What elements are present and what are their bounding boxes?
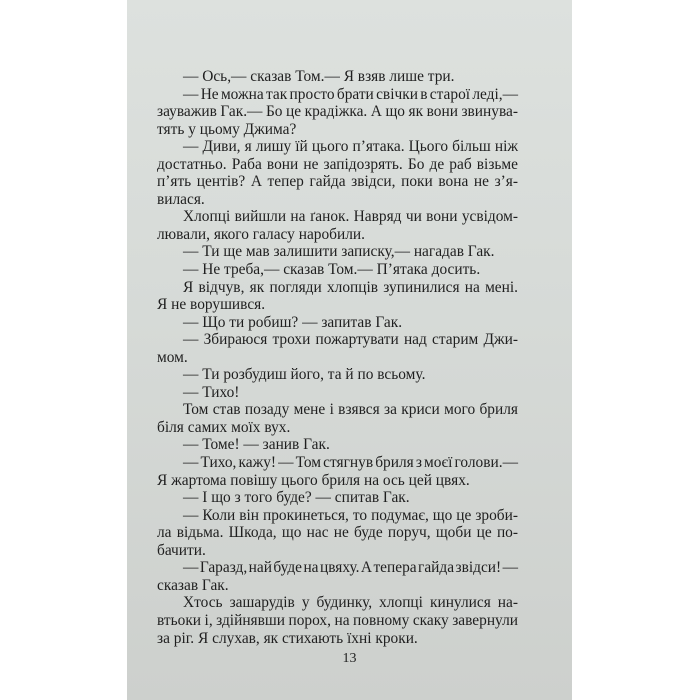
text-line: Хтось зашарудів у будинку, хлопці кинули… [157, 594, 518, 612]
text-line: за ріг. Я слухав, як стихають їхні кроки… [157, 630, 518, 648]
text-line: Хлопці вийшли на ґанок. Навряд чи вони у… [157, 208, 518, 226]
text-line: лювали, якого галасу наробили. [157, 226, 518, 244]
text-line: Я відчув, як погляди хлопців зупинилися … [157, 279, 518, 297]
body-text: — Ось,— сказав Том.— Я взяв лише три.— Н… [157, 68, 518, 647]
text-line-content: — Коли він прокинеться, то подумає, що ц… [183, 507, 518, 524]
text-line: п’ять центів? А тепер гайда звідси, поки… [157, 173, 518, 191]
text-line: — Тихо! [157, 384, 518, 402]
text-line: тять у цьому Джима? [157, 121, 518, 139]
text-line: сказав Гак. [157, 577, 518, 595]
text-line-content: зауважив Гак.— Бо це крадіжка. А що як в… [157, 103, 518, 120]
text-line-content: — Збираюся трохи пожартувати над старим … [183, 331, 518, 348]
text-line: — Гаразд, най буде на цвяху. А тепера га… [157, 559, 518, 577]
text-line: достатньо. Раба вони не запідозрять. Бо … [157, 156, 518, 174]
text-line: — Ти розбудиш його, та й по всьому. [157, 366, 518, 384]
text-line: бачити. [157, 542, 518, 560]
text-line-content: — Диви, я лишу їй цього п’ятака. Цього б… [183, 138, 518, 155]
book-page: — Ось,— сказав Том.— Я взяв лише три.— Н… [127, 0, 572, 700]
text-line: Я жартома повішу цього бриля на ось цей … [157, 472, 518, 490]
text-line: — Ти ще мав залишити записку,— нагадав Г… [157, 243, 518, 261]
text-line: — Збираюся трохи пожартувати над старим … [157, 331, 518, 349]
text-line: — Що ти робиш? — запитав Гак. [157, 314, 518, 332]
text-line-content: — Не можна так просто брати свічки в ста… [183, 86, 518, 103]
text-line-content: Хтось зашарудів у будинку, хлопці кинули… [183, 594, 518, 611]
text-line: ла відьма. Шкода, що нас не буде поруч, … [157, 524, 518, 542]
text-line-content: втьоки і, здійнявши порох, на повному ск… [157, 612, 518, 629]
text-line-content: Том став позаду мене і взявся за криси м… [183, 401, 518, 418]
text-line: — Не треба,— сказав Том.— П’ятака досить… [157, 261, 518, 279]
text-line-content: — Тихо, кажу! — Том стягнув бриля з моєї… [183, 454, 518, 471]
text-line: втьоки і, здійнявши порох, на повному ск… [157, 612, 518, 630]
page-number: 13 [127, 651, 572, 667]
text-line-content: ла відьма. Шкода, що нас не буде поруч, … [157, 524, 518, 541]
text-line-content: п’ять центів? А тепер гайда звідси, поки… [157, 173, 518, 190]
text-line: — Коли він прокинеться, то подумає, що ц… [157, 507, 518, 525]
text-line-content: Я відчув, як погляди хлопців зупинилися … [183, 279, 518, 296]
text-line: зауважив Гак.— Бо це крадіжка. А що як в… [157, 103, 518, 121]
text-line: — Диви, я лишу їй цього п’ятака. Цього б… [157, 138, 518, 156]
text-line: мом. [157, 349, 518, 367]
text-line-content: — Гаразд, най буде на цвяху. А тепера га… [183, 559, 518, 576]
text-line: — Томе! — занив Гак. [157, 436, 518, 454]
text-line: — Тихо, кажу! — Том стягнув бриля з моєї… [157, 454, 518, 472]
text-line-content: Хлопці вийшли на ґанок. Навряд чи вони у… [183, 208, 518, 225]
text-line: вилася. [157, 191, 518, 209]
text-line: — Ось,— сказав Том.— Я взяв лише три. [157, 68, 518, 86]
text-line: — Не можна так просто брати свічки в ста… [157, 86, 518, 104]
text-line: біля самих моїх вух. [157, 419, 518, 437]
text-line-content: достатньо. Раба вони не запідозрять. Бо … [157, 156, 518, 173]
text-line: Том став позаду мене і взявся за криси м… [157, 401, 518, 419]
text-line: Я не ворушився. [157, 296, 518, 314]
text-line: — І що з того буде? — спитав Гак. [157, 489, 518, 507]
